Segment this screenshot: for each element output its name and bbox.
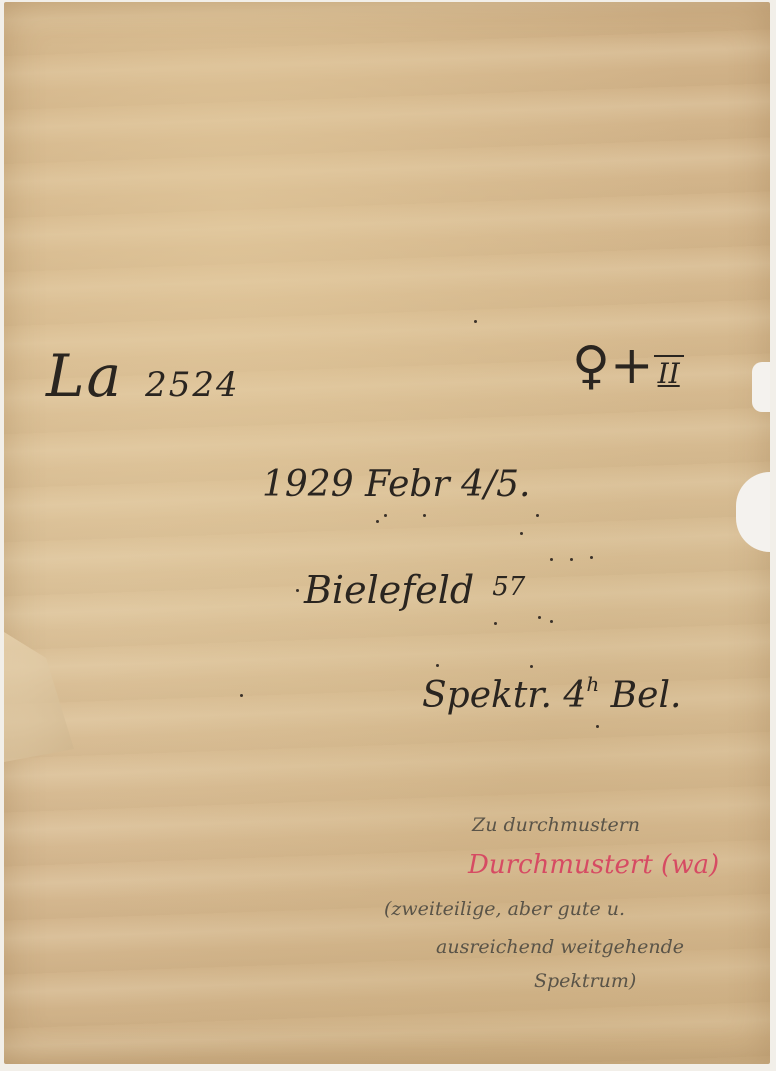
pencil-note-line: ausreichend weitgehende [436, 936, 684, 958]
pencil-note-line: (zweiteilige, aber gute u. [384, 898, 625, 920]
place-name: Bielefeld [304, 568, 474, 612]
planet-symbol: ♀+II [572, 336, 684, 396]
exposure-suffix: Bel. [599, 675, 681, 716]
venus-symbol-icon: ♀+ [572, 336, 654, 396]
pencil-note-line: Zu durchmustern [472, 814, 640, 836]
pencil-note-line: Spektrum) [534, 970, 636, 992]
exposure-unit: h [586, 672, 599, 696]
plate-id-prefix: La [46, 342, 123, 410]
edge-tear [752, 362, 770, 412]
place-number: 57 [492, 572, 525, 602]
folded-flap [4, 632, 74, 762]
exposure-note: Spektr. 4h Bel. [422, 672, 681, 716]
plate-id: La2524 [46, 342, 240, 410]
exposure-text: Spektr. 4 [422, 675, 586, 716]
plate-envelope: La2524 ♀+II 1929 Febr 4/5. Bielefeld57 S… [4, 2, 770, 1064]
red-pencil-note: Durchmustert (wa) [468, 850, 719, 880]
place-label: Bielefeld57 [304, 568, 525, 612]
observation-date: 1929 Febr 4/5. [262, 464, 530, 505]
roman-numeral: II [654, 355, 684, 390]
plate-id-number: 2524 [145, 365, 240, 405]
edge-tear [736, 472, 770, 552]
